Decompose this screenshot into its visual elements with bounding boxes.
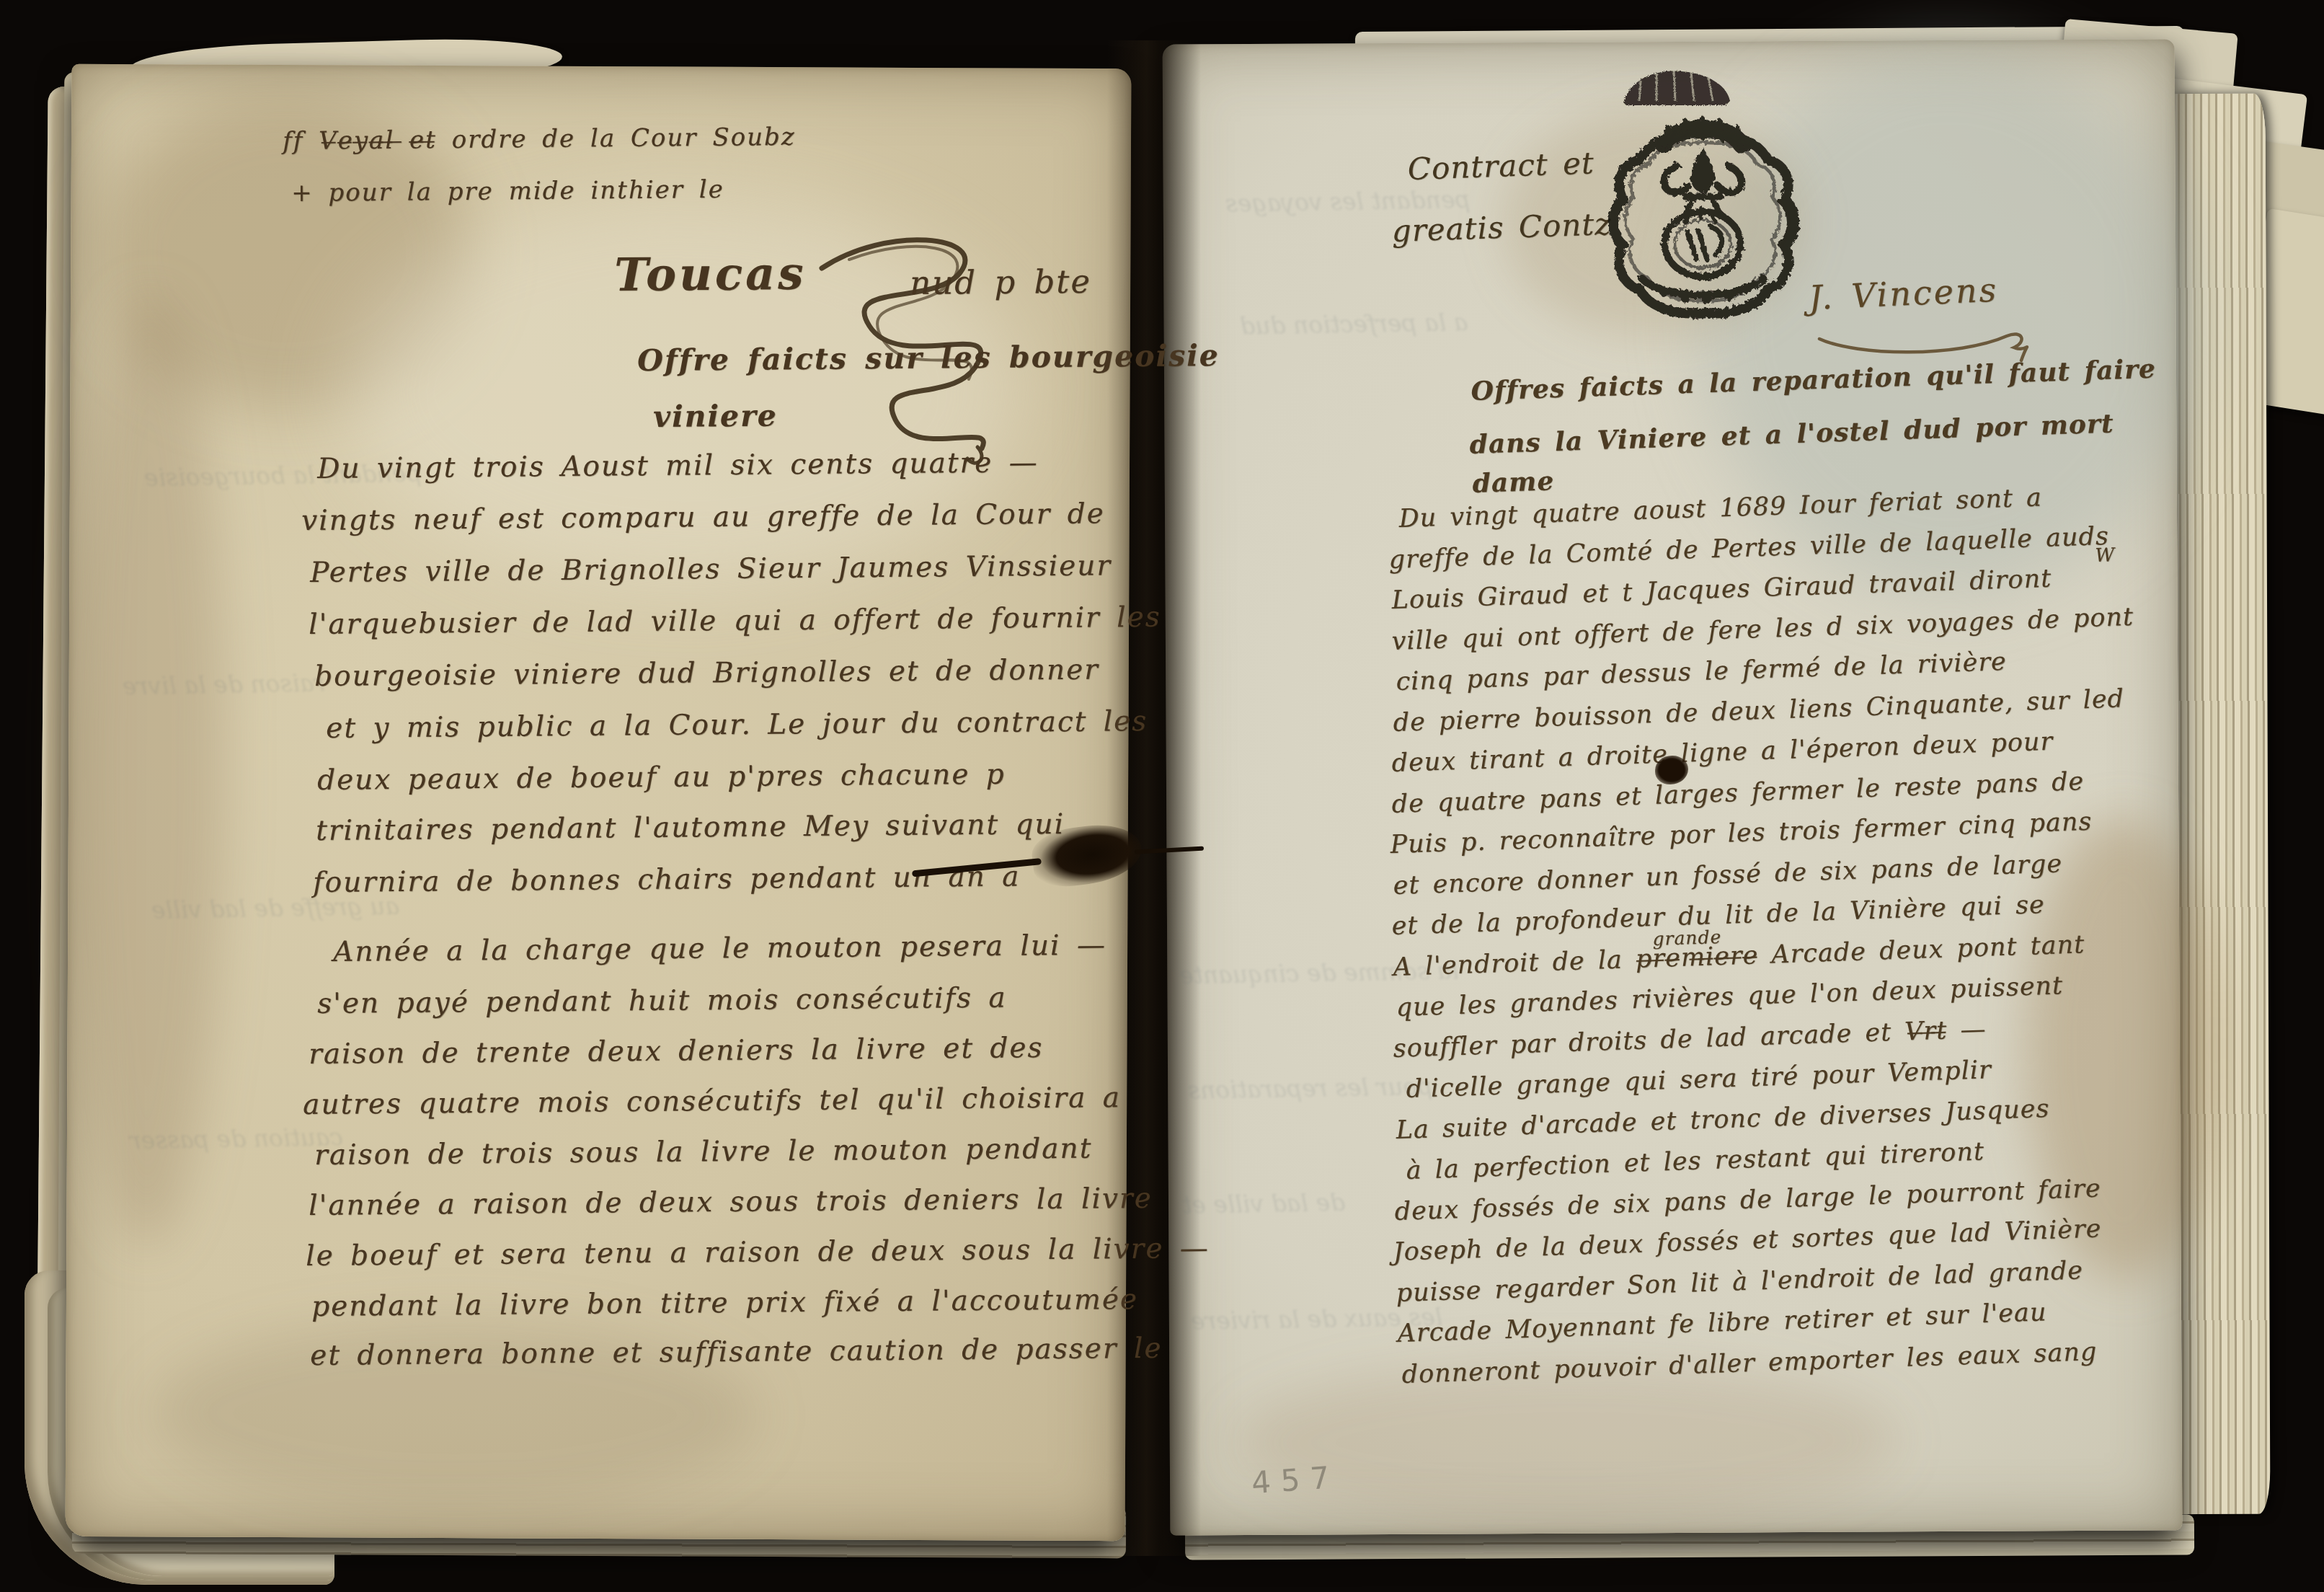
royal-fleur-de-lis-tax-stamp-icon — [1603, 114, 1802, 324]
water-stain — [71, 295, 226, 1247]
left-top-annotation: + pour la pre mide inthier le — [291, 175, 724, 208]
left-body-line: fournira de bonnes chairs pendant un an … — [313, 860, 1020, 899]
left-body-line: raison de trente deux deniers la livre e… — [309, 1032, 1044, 1071]
left-body-line: Année a la charge que le mouton pesera l… — [333, 929, 1106, 968]
left-body-line: Du vingt trois Aoust mil six cents quatr… — [317, 446, 1039, 485]
partial-tax-stamp-icon — [1619, 65, 1734, 107]
left-title-suffix: nud p bte — [910, 262, 1091, 302]
water-stain — [1234, 1360, 1898, 1522]
left-title-name: Toucas — [614, 247, 807, 301]
left-top-annotation: ff V̶e̶y̶a̶l̶ ̶e̶t̶ ordre de la Cour Sou… — [283, 123, 796, 156]
signature: J. Vincens — [1808, 270, 1999, 317]
left-body-line: raison de trois sous la livre le mouton … — [314, 1133, 1092, 1172]
left-body-line: trinitaires pendant l'automne Mey suivan… — [316, 808, 1065, 847]
manuscript-photo: pendant la bourgeoisie raison de la livr… — [0, 0, 2324, 1592]
left-heading: Offre faicts sur les bourgeoisie — [637, 338, 1220, 378]
brown-stain — [2024, 818, 2221, 1280]
left-body-line: deux peaux de boeuf au p'pres chacune p — [317, 759, 1006, 797]
left-body-line: s'en payé pendant huit mois consécutifs … — [317, 982, 1007, 1020]
left-body-line: bourgeoisie viniere dud Brignolles et de… — [314, 653, 1099, 692]
right-corner-note: Contract et — [1407, 145, 1595, 187]
left-heading: viniere — [653, 398, 778, 434]
right-heading: dame — [1472, 466, 1555, 499]
right-corner-note: greatis Contz — [1391, 206, 1612, 249]
folio-number-pencil: 457 — [1250, 1459, 1340, 1500]
right-margin-note: W — [2095, 544, 2116, 567]
